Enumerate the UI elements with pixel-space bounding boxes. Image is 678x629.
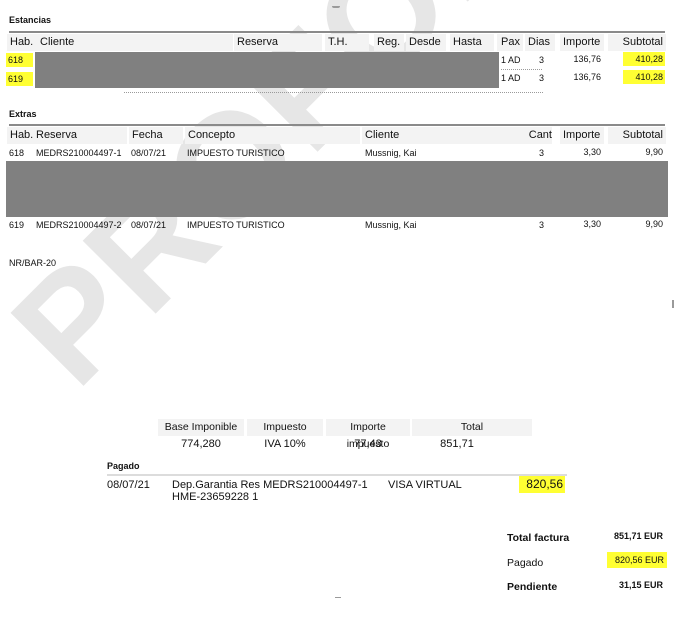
estancias-col-reg: Reg.: [374, 34, 404, 51]
estancias-subtotal: 410,28: [623, 52, 665, 66]
extras-fecha: 08/07/21: [131, 219, 166, 232]
extras-hab: 619: [9, 219, 24, 232]
extras-cliente: Mussnig, Kai: [365, 219, 417, 232]
extras-subtotal: 9,90: [610, 146, 663, 159]
estancias-col-cliente: Cliente: [37, 34, 233, 51]
estancias-group-separator: [124, 92, 543, 93]
estancias-dias: 3: [539, 54, 544, 67]
extras-hab: 618: [9, 147, 24, 160]
payment-amount: 820,56: [519, 476, 565, 493]
page-mark-right: [672, 300, 674, 308]
estancias-col-desde: Desde: [406, 34, 446, 51]
extras-reserva: MEDRS210004497-2: [36, 219, 122, 232]
extras-subtotal: 9,90: [610, 218, 663, 231]
extras-col-subtotal: Subtotal: [608, 127, 666, 144]
estancias-col-hab: Hab.: [7, 34, 37, 51]
estancias-subtotal: 410,28: [623, 70, 665, 84]
summary-paid-value: 820,56 EUR: [607, 552, 667, 568]
estancias-rule: [9, 31, 665, 33]
tax-col-importe-impuesto: Importe impuesto: [326, 419, 410, 436]
estancias-title: Estancias: [9, 15, 51, 25]
extras-importe: 3,30: [560, 146, 601, 159]
estancias-row-separator: [501, 69, 542, 70]
invoice-page: Estancias Hab. Cliente Reserva T.H. Reg.…: [0, 0, 678, 629]
tax-col-total: Total: [412, 419, 532, 436]
extras-reserva: MEDRS210004497-1: [36, 147, 122, 160]
estancias-importe: 136,76: [560, 53, 601, 66]
estancias-dias: 3: [539, 72, 544, 85]
tax-col-base: Base Imponible: [158, 419, 244, 436]
estancias-hab: 619: [6, 72, 33, 86]
payment-date: 08/07/21: [107, 478, 150, 492]
extras-col-importe: Importe: [560, 127, 604, 144]
extras-col-reserva: Reserva: [33, 127, 127, 144]
estancias-col-hasta: Hasta: [450, 34, 494, 51]
pagado-title: Pagado: [107, 461, 140, 471]
estancias-col-pax: Pax: [497, 34, 523, 51]
extras-cant: 3: [520, 147, 544, 160]
summary-paid-label: Pagado: [507, 557, 543, 569]
extras-col-concepto: Concepto: [185, 127, 360, 144]
page-mark-bottom: [335, 597, 341, 598]
estancias-col-reserva: Reserva: [234, 34, 322, 51]
extras-cliente: Mussnig, Kai: [365, 147, 417, 160]
extras-title: Extras: [9, 109, 37, 119]
tax-total-value: 851,71: [412, 437, 502, 451]
extras-col-fecha: Fecha: [129, 127, 183, 144]
extras-col-hab: Hab.: [7, 127, 35, 144]
extras-cant: 3: [520, 219, 544, 232]
payment-description-ref: HME-23659228 1: [172, 490, 258, 504]
estancias-redaction: [35, 52, 499, 88]
estancias-importe: 136,76: [560, 71, 601, 84]
extras-redaction: [6, 161, 668, 217]
tax-col-impuesto: Impuesto: [247, 419, 323, 436]
extras-col-cant: Cant: [520, 127, 555, 144]
estancias-col-th: T.H.: [325, 34, 369, 51]
page-mark-top: [332, 6, 340, 8]
extras-concepto: IMPUESTO TURISTICO: [187, 147, 285, 160]
estancias-pax: 1 AD: [501, 54, 521, 67]
summary-total-label: Total factura: [507, 532, 569, 544]
tax-importe-impuesto-value: 77,43: [326, 437, 410, 451]
estancias-col-subtotal: Subtotal: [608, 34, 666, 51]
tax-base-value: 774,280: [158, 437, 244, 451]
rate-code-note: NR/BAR-20: [9, 257, 56, 270]
estancias-hab: 618: [6, 53, 33, 67]
payment-method: VISA VIRTUAL: [388, 478, 462, 492]
estancias-col-importe: Importe: [560, 34, 604, 51]
estancias-col-dias: Dias: [525, 34, 555, 51]
pagado-rule: [107, 474, 567, 476]
tax-impuesto-value: IVA 10%: [247, 437, 323, 451]
summary-total-value: 851,71 EUR: [590, 531, 663, 541]
summary-pending-label: Pendiente: [507, 581, 557, 593]
extras-rule: [9, 124, 665, 126]
estancias-pax: 1 AD: [501, 72, 521, 85]
summary-pending-value: 31,15 EUR: [590, 580, 663, 590]
extras-importe: 3,30: [560, 218, 601, 231]
extras-concepto: IMPUESTO TURISTICO: [187, 219, 285, 232]
extras-fecha: 08/07/21: [131, 147, 166, 160]
